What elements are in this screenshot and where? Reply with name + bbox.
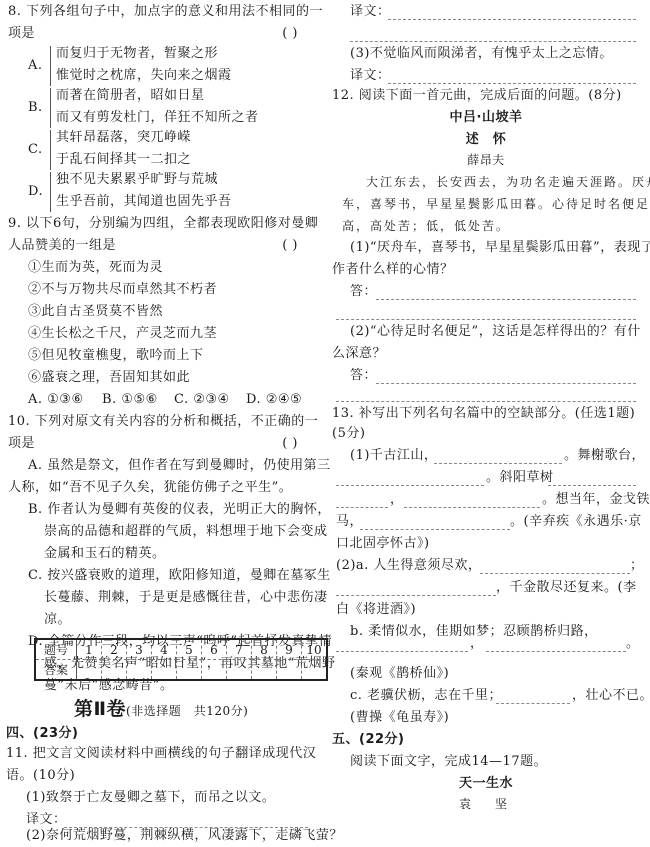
fill-blank-6[interactable] bbox=[360, 528, 510, 530]
fill-blank-8[interactable] bbox=[336, 594, 496, 596]
q12-sub2-line2: 么深意？ bbox=[332, 344, 386, 364]
q13-p2c-a: c. 老骥伏枥，志在千里； bbox=[350, 686, 502, 706]
answer-table-header-row: 题号 1 2 3 4 5 6 7 8 9 10 bbox=[35, 639, 327, 660]
answer-cell-8[interactable] bbox=[252, 660, 277, 681]
q9-choice-d: D. ②④⑤ bbox=[246, 390, 302, 410]
q13-p1-b: 。舞榭歌台， bbox=[564, 446, 645, 466]
answer-table-answer-row: 答案 bbox=[35, 660, 327, 681]
part2-title: 第Ⅱ卷 bbox=[74, 698, 126, 720]
answer-cell-10[interactable] bbox=[302, 660, 328, 681]
poem-line-3: 高，高处苦；低，低处苦。 bbox=[342, 216, 510, 236]
answer-cell-4[interactable] bbox=[152, 660, 177, 681]
brace bbox=[50, 46, 51, 86]
q13-stem-line1: 13. 补写出下列名句名篇中的空缺部分。(任选1题) bbox=[332, 404, 635, 424]
answer-input-12-2a[interactable] bbox=[376, 382, 636, 384]
poem-author: 薛昂夫 bbox=[330, 150, 642, 170]
q13-p2a-b: ，千金散尽还复来。(李 bbox=[496, 578, 637, 598]
table-cell-number: 4 bbox=[152, 639, 177, 660]
q11-sentence-1: (1)致祭于亡友曼卿之墓下，而吊之以文。 bbox=[26, 788, 275, 808]
period: 。 bbox=[626, 634, 640, 654]
table-header-question-number: 题号 bbox=[35, 639, 77, 660]
q8-option-label-a: A. bbox=[28, 56, 43, 76]
q11-sentence-3: (3)不觉临风而陨涕者，有愧乎太上之忘情。 bbox=[350, 44, 613, 64]
answer-cell-6[interactable] bbox=[202, 660, 227, 681]
fill-blank-10[interactable] bbox=[486, 650, 626, 652]
answer-input-12-1b[interactable] bbox=[336, 318, 636, 320]
q9-choice-c: C. ②③④ bbox=[174, 390, 230, 410]
brace bbox=[50, 130, 51, 170]
answer-input-12-2b[interactable] bbox=[336, 400, 636, 402]
q13-p2a-c: 白《将进酒》) bbox=[336, 600, 416, 620]
answer-paren: ( ) bbox=[282, 24, 298, 44]
answer-paren: ( ) bbox=[282, 434, 298, 454]
q10-option-a-line1: A. 虽然是祭文，但作者在写到曼卿时，仍使用第三 bbox=[28, 456, 331, 476]
q13-p1-e: 马， bbox=[336, 512, 363, 532]
fill-blank-7[interactable] bbox=[480, 572, 630, 574]
q9-item-1: ①生而为英，死而为灵 bbox=[28, 258, 163, 278]
answer-cell-1[interactable] bbox=[77, 660, 102, 681]
q9-item-4: ④生长松之千尺，产灵芝而九茎 bbox=[28, 324, 217, 344]
answer-input-12-1a[interactable] bbox=[376, 298, 636, 300]
translation-input-2b[interactable] bbox=[350, 40, 636, 42]
q8-option-d-line1: 独不见夫累累乎旷野与荒城 bbox=[56, 170, 218, 190]
answer-cell-2[interactable] bbox=[102, 660, 127, 681]
table-cell-number: 10 bbox=[302, 639, 328, 660]
translate-label-2: 译文： bbox=[350, 2, 391, 22]
answer-cell-9[interactable] bbox=[277, 660, 302, 681]
table-header-answer: 答案 bbox=[35, 660, 77, 681]
section4-heading: 四、(23分) bbox=[6, 724, 78, 744]
fill-blank-1[interactable] bbox=[434, 462, 562, 464]
table-cell-number: 5 bbox=[177, 639, 202, 660]
article-author: 袁 坚 bbox=[330, 794, 642, 814]
table-cell-number: 6 bbox=[202, 639, 227, 660]
article-title: 天一生水 bbox=[330, 774, 642, 794]
table-cell-number: 8 bbox=[252, 639, 277, 660]
fill-blank-11[interactable] bbox=[496, 702, 570, 704]
q10-option-c-line1: C. 按兴盛衰败的道理，欧阳修知道，曼卿在墓冢生 bbox=[28, 566, 331, 586]
part2-heading: 第Ⅱ卷(非选择题 共120分) bbox=[74, 696, 248, 722]
fill-blank-4[interactable] bbox=[336, 506, 388, 508]
q10-stem-line2: 项是 ( ) bbox=[8, 434, 308, 454]
q13-p2c-c: (曹操《龟虽寿》) bbox=[350, 708, 449, 728]
q12-sub1-line2: 作者什么样的心情？ bbox=[332, 260, 454, 280]
section5-heading: 五、(22分) bbox=[332, 730, 404, 750]
q13-stem-line2: (5分) bbox=[332, 424, 365, 444]
q8-option-c-line2: 于乱石间择其一二扣之 bbox=[56, 150, 191, 170]
poem-line-1: 大江东去，长安西去，为功名走遍天涯路。厌舟 bbox=[366, 172, 650, 192]
q11-stem-line1: 11. 把文言文阅读材料中画横线的句子翻译成现代汉 bbox=[6, 744, 316, 764]
q10-option-c-line2: 长蔓藤、荆棘，于是更是感慨往昔，心中悲伤凄 bbox=[44, 588, 328, 608]
answer-cell-5[interactable] bbox=[177, 660, 202, 681]
fill-blank-3[interactable] bbox=[548, 484, 636, 486]
comma: ， bbox=[390, 490, 404, 510]
q13-p2b-b: (秦观《鹊桥仙》) bbox=[350, 664, 449, 684]
q12-sub2-line1: (2)“心待足时名便足”，这话是怎样得出的？有什 bbox=[350, 322, 641, 342]
q8-option-label-b: B. bbox=[28, 98, 43, 118]
q10-option-b-line2: 崇高的品德和超群的气质，料想埋于地下会变成 bbox=[44, 522, 328, 542]
q8-option-a-line1: 而复归于无物者，暂聚之形 bbox=[56, 44, 218, 64]
q9-item-6: ⑥盛衰之理，吾固知其如此 bbox=[28, 368, 190, 388]
q10-option-c-line3: 凉。 bbox=[44, 610, 71, 630]
section5-intro: 阅读下面文字，完成14—17题。 bbox=[350, 752, 547, 772]
part2-subtitle: (非选择题 共120分) bbox=[126, 704, 248, 718]
table-cell-number: 3 bbox=[127, 639, 152, 660]
q10-option-a-line2: 人称，如“吾不见子久矣，犹能仿佛子之平生”。 bbox=[8, 478, 292, 498]
answer-paren: ( ) bbox=[282, 236, 298, 256]
q9-item-5: ⑤但见牧童樵叟，歌吟而上下 bbox=[28, 346, 204, 366]
q8-option-a-line2: 惟觉时之枕席，失向来之烟霞 bbox=[56, 66, 232, 86]
answer-cell-3[interactable] bbox=[127, 660, 152, 681]
q8-option-label-d: D. bbox=[28, 182, 43, 202]
q10-stem-line1: 10. 下列对原文有关内容的分析和概括，不正确的一 bbox=[8, 412, 318, 432]
q13-p1-d: 。想当年，金戈铁 bbox=[542, 490, 650, 510]
brace bbox=[50, 172, 51, 212]
q9-choice-a: A. ①③⑥ bbox=[28, 390, 84, 410]
translation-input-3[interactable] bbox=[388, 82, 636, 84]
q13-p1-f: 。(辛弃疾《永遇乐·京 bbox=[510, 512, 642, 532]
semicolon: ； bbox=[630, 556, 644, 576]
fill-blank-2[interactable] bbox=[336, 484, 484, 486]
q11-stem-line2: 语。(10分) bbox=[6, 766, 75, 786]
q12-stem: 12. 阅读下面一首元曲，完成后面的问题。(8分) bbox=[332, 86, 622, 106]
q8-option-b-line1: 而著在简册者，昭如日星 bbox=[56, 86, 205, 106]
table-cell-number: 9 bbox=[277, 639, 302, 660]
q13-p2a-a: (2)a. 人生得意须尽欢， bbox=[336, 556, 481, 576]
q8-stem-line2: 项是 ( ) bbox=[8, 24, 308, 44]
table-cell-number: 7 bbox=[227, 639, 252, 660]
answer-table: 题号 1 2 3 4 5 6 7 8 9 10 答案 bbox=[34, 638, 328, 681]
answer-label-1: 答： bbox=[350, 282, 377, 302]
q8-option-b-line2: 而又有剪发杜门，佯狂不知所之者 bbox=[56, 108, 259, 128]
fill-blank-9[interactable] bbox=[336, 650, 468, 652]
q11-sentence-2: (2)奈何荒烟野蔓，荆棘纵横，风凄露下，走磷飞萤？ bbox=[26, 826, 343, 846]
q12-sub1-line1: (1)“厌舟车，喜琴书，早星星鬓影瓜田暮”，表现了 bbox=[350, 238, 650, 258]
translation-input-2a[interactable] bbox=[388, 18, 636, 20]
q9-choice-b: B. ①⑤⑥ bbox=[102, 390, 158, 410]
q13-p1-g: 口北固亭怀古》) bbox=[336, 534, 430, 554]
q8-option-d-line2: 生乎吾前，其闻道也固先乎吾 bbox=[56, 192, 232, 212]
q8-stem-line1: 8. 下列各组句子中，加点字的意义和用法不相同的一 bbox=[8, 2, 323, 22]
poem-line-2: 车，喜琴书，早星星鬓影瓜田暮。心待足时名便足， bbox=[342, 194, 650, 214]
translate-label-3: 译文： bbox=[350, 66, 391, 86]
answer-cell-7[interactable] bbox=[227, 660, 252, 681]
q9-item-2: ②不与万物共尽而卓然其不朽者 bbox=[28, 280, 217, 300]
poem-subtitle: 述 怀 bbox=[330, 130, 642, 150]
q13-p1-c: 。斜阳草树 bbox=[486, 468, 554, 488]
fill-blank-5[interactable] bbox=[404, 506, 540, 508]
q8-option-label-c: C. bbox=[28, 140, 43, 160]
q13-p2c-b: ，壮心不已。 bbox=[572, 686, 650, 706]
q13-p1-a: (1)千古江山， bbox=[350, 446, 437, 466]
q8-option-c-line1: 其轩昂磊落，突兀峥嵘 bbox=[56, 128, 191, 148]
poem-title: 中吕·山坡羊 bbox=[330, 108, 642, 128]
q9-item-3: ③此自古圣贤莫不皆然 bbox=[28, 302, 163, 322]
q10-option-b-line3: 金属和玉石的精英。 bbox=[44, 544, 166, 564]
table-cell-number: 2 bbox=[102, 639, 127, 660]
q9-stem-line1: 9. 以下6句，分别编为四组，全都表现欧阳修对曼卿 bbox=[8, 214, 318, 234]
q9-stem-line2: 人品赞美的一组是 ( ) bbox=[8, 236, 308, 256]
answer-label-2: 答： bbox=[350, 366, 377, 386]
q10-option-b-line1: B. 作者认为曼卿有英俊的仪表，光明正大的胸怀， bbox=[28, 500, 331, 520]
brace bbox=[50, 88, 51, 128]
comma: ， bbox=[470, 634, 484, 654]
table-cell-number: 1 bbox=[77, 639, 102, 660]
